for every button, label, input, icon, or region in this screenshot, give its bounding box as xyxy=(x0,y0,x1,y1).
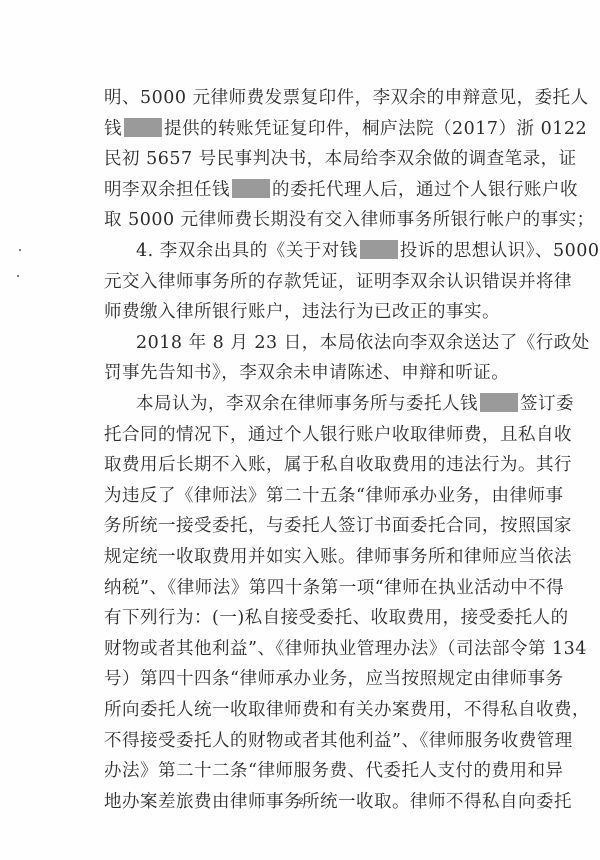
text-segment: 托合同的情况下，通过个人银行账户收取律师费，且私自收 xyxy=(104,425,572,445)
text-segment: 本局认为，李双余在律师事务所与委托人钱 xyxy=(136,394,478,414)
text-line: 不得接受委托人的财物或者其他利益”、《律师服务收费管理 xyxy=(104,729,520,753)
text-segment: 办法》第二十二条“律师服务费、代委托人支付的费用和异 xyxy=(104,761,563,781)
text-segment: 号）第四十四条“律师承办业务，应当按照规定由律师事务 xyxy=(104,669,563,689)
text-line: 取费用后长期不入账，属于私自收取费用的违法行为。其行 xyxy=(104,453,520,477)
text-segment: 有下列行为：(一)私自接受委托、收取费用，接受委托人的 xyxy=(104,608,569,628)
text-segment: 地办案差旅费由律师事务所统一收取。律师不得私自向委托 xyxy=(104,792,572,812)
text-segment: 不得接受委托人的财物或者其他利益”、《律师服务收费管理 xyxy=(104,731,573,751)
text-segment: 为违反了《律师法》第二十五条“律师承办业务，由律师事 xyxy=(104,486,563,506)
text-line: 规定统一收取费用并如实入账。律师事务所和律师应当依法 xyxy=(104,545,520,569)
text-line: 托合同的情况下，通过个人银行账户收取律师费，且私自收 xyxy=(104,423,520,447)
text-segment: 4. 李双余出具的《关于对钱 xyxy=(136,241,358,261)
text-line: 地办案差旅费由律师事务所统一收取。律师不得私自向委托 xyxy=(104,790,520,814)
text-segment: 钱 xyxy=(104,119,122,139)
text-line: 财物或者其他利益”、《律师执业管理办法》（司法部令第 134 xyxy=(104,637,520,661)
text-segment: 规定统一收取费用并如实入账。律师事务所和律师应当依法 xyxy=(104,547,572,567)
text-line: 民初 5657 号民事判决书，本局给李双余做的调查笔录，证 xyxy=(104,147,520,171)
text-line: 所向委托人统一收取律师费和有关办案费用，不得私自收费， xyxy=(104,698,520,722)
text-line: 办法》第二十二条“律师服务费、代委托人支付的费用和异 xyxy=(104,759,520,783)
scan-speck xyxy=(19,249,21,251)
text-line: 取 5000 元律师费长期没有交入律师事务所银行帐户的事实； xyxy=(104,208,520,232)
redaction-box xyxy=(124,118,162,137)
page-number: 2 xyxy=(295,797,307,807)
text-segment: 民初 5657 号民事判决书，本局给李双余做的调查笔录，证 xyxy=(104,149,577,169)
document-page: 明、5000 元律师费发票复印件，李双余的申辩意见，委托人钱提供的转账凭证复印件… xyxy=(0,0,600,860)
text-segment: 罚事先告知书》，李双余未申请陈述、申辩和听证。 xyxy=(104,363,509,383)
text-line: 师费缴入律所银行账户，违法行为已改正的事实。 xyxy=(104,300,520,324)
text-segment: 元交入律师事务所的存款凭证，证明李双余认识错误并将律 xyxy=(104,272,572,292)
text-line: 号）第四十四条“律师承办业务，应当按照规定由律师事务 xyxy=(104,667,520,691)
redaction-box xyxy=(480,393,518,412)
redaction-box xyxy=(360,240,398,259)
text-segment: 取 5000 元律师费长期没有交入律师事务所银行帐户的事实； xyxy=(104,210,595,230)
text-segment: 所向委托人统一收取律师费和有关办案费用，不得私自收费， xyxy=(104,700,590,720)
text-line: 元交入律师事务所的存款凭证，证明李双余认识错误并将律 xyxy=(104,270,520,294)
text-line: 本局认为，李双余在律师事务所与委托人钱签订委 xyxy=(136,392,520,416)
redaction-box xyxy=(232,179,270,198)
text-line: 纳税”、《律师法》第四十条第一项“律师在执业活动中不得 xyxy=(104,576,520,600)
text-segment: 签订委 xyxy=(520,394,574,414)
scan-speck xyxy=(17,275,19,277)
text-segment: 务所统一接受委托，与委托人签订书面委托合同，按照国家 xyxy=(104,516,572,536)
text-segment: 明、5000 元律师费发票复印件，李双余的申辩意见，委托人 xyxy=(104,88,589,108)
text-segment: 投诉的思想认识》、5000 xyxy=(400,241,600,261)
text-segment: 师费缴入律所银行账户，违法行为已改正的事实。 xyxy=(104,302,500,322)
text-line: 明、5000 元律师费发票复印件，李双余的申辩意见，委托人 xyxy=(104,86,520,110)
text-line: 2018 年 8 月 23 日，本局依法向李双余送达了《行政处 xyxy=(136,331,520,355)
text-segment: 2018 年 8 月 23 日，本局依法向李双余送达了《行政处 xyxy=(136,333,590,353)
text-line: 罚事先告知书》，李双余未申请陈述、申辩和听证。 xyxy=(104,361,520,385)
text-segment: 提供的转账凭证复印件，桐庐法院（2017）浙 0122 xyxy=(164,119,587,139)
text-line: 为违反了《律师法》第二十五条“律师承办业务，由律师事 xyxy=(104,484,520,508)
text-line: 明李双余担任钱的委托代理人后，通过个人银行账户收 xyxy=(104,178,520,202)
text-line: 有下列行为：(一)私自接受委托、收取费用，接受委托人的 xyxy=(104,606,520,630)
text-segment: 明李双余担任钱 xyxy=(104,180,230,200)
text-line: 务所统一接受委托，与委托人签订书面委托合同，按照国家 xyxy=(104,514,520,538)
text-segment: 财物或者其他利益”、《律师执业管理办法》（司法部令第 134 xyxy=(104,639,587,659)
text-segment: 的委托代理人后，通过个人银行账户收 xyxy=(272,180,578,200)
text-line: 4. 李双余出具的《关于对钱投诉的思想认识》、5000 xyxy=(136,239,520,263)
text-segment: 取费用后长期不入账，属于私自收取费用的违法行为。其行 xyxy=(104,455,572,475)
text-segment: 纳税”、《律师法》第四十条第一项“律师在执业活动中不得 xyxy=(104,578,564,598)
text-line: 钱提供的转账凭证复印件，桐庐法院（2017）浙 0122 xyxy=(104,117,520,141)
